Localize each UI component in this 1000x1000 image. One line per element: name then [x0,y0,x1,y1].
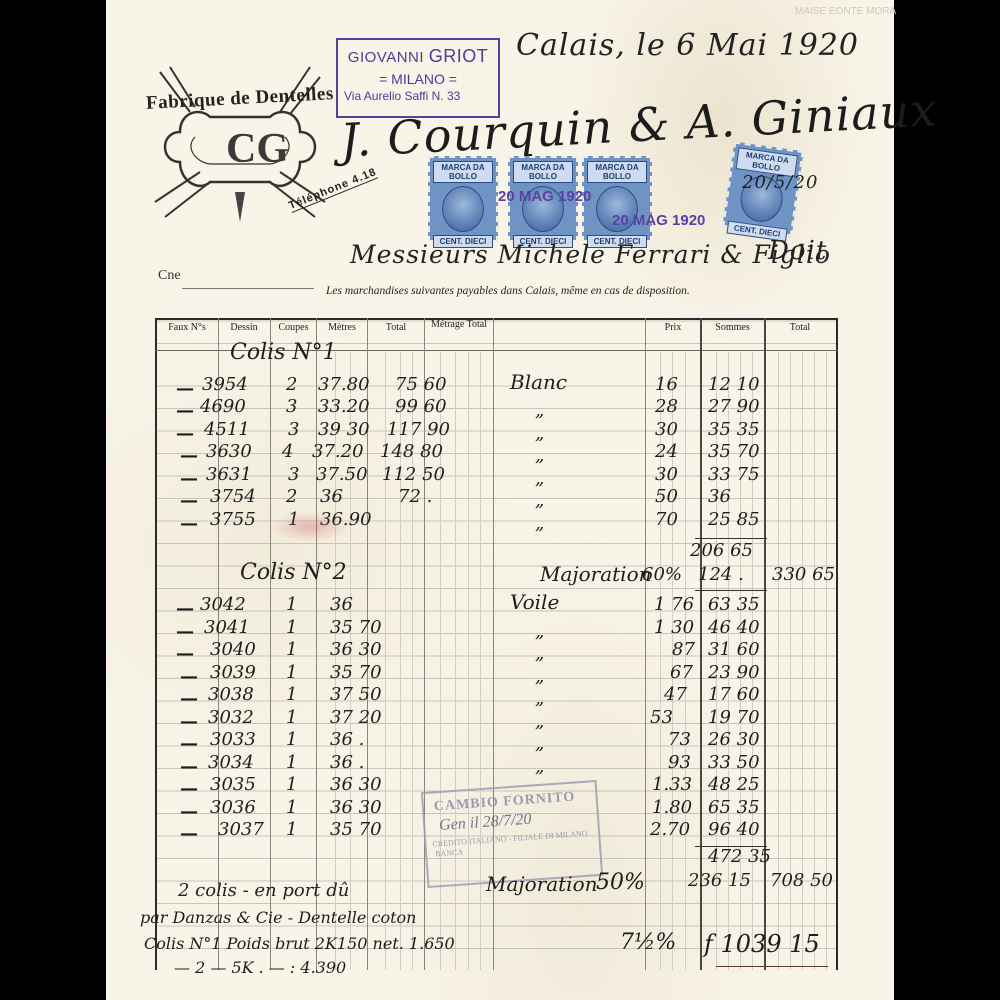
king-portrait-icon [442,186,484,232]
subtotal-line [695,538,767,539]
col-header-metrage-total: Métrage Total [425,319,493,330]
addressee: Messieurs Michele Ferrari & Figlio [350,240,831,269]
colis1-label: Colis N°1 [230,340,337,365]
revenue-stamp-3: MARCA DA BOLLOCENT. DIECI [582,156,652,242]
pencil-note: MAISE EONTE MORA [795,6,896,17]
col-divider [316,318,317,970]
invoice-date: Calais, le 6 Mai 1920 [516,28,859,63]
colis2-subtotal: 472 35 [708,846,771,867]
colis1-subtotal: 206 65 [690,540,753,561]
col-header-metres: Mètres [317,322,367,333]
colis1-majoration-amount: 124 . [698,564,744,585]
colis2-majoration-label: Majoration [486,872,597,896]
colis2-total: 708 50 [770,870,833,891]
colis1-majoration-pct: 60% [642,564,682,585]
col-header-total-right: Total [765,322,835,333]
svg-text:CG: CG [226,126,289,172]
col-header-coupes: Coupes [271,322,316,333]
carrier-note: par Danzas & Cie - Dentelle coton [140,908,416,927]
cancellation-mark-3: 20/5/20 [742,172,818,193]
colis1-majoration-label: Majoration [540,562,651,586]
subtotal-line [695,590,767,591]
colis1-weight: Colis N°1 Poids brut 2K150 net. 1.650 [144,934,455,953]
colis2-majoration-amount: 236 15 [688,870,751,891]
grand-total-underline [716,966,828,967]
payment-terms: Les marchandises suivantes payables dans… [326,285,690,297]
col-divider [270,318,271,970]
col-header-prix: Prix [646,322,700,333]
col-header-dessin: Dessin [219,322,269,333]
colis2-majoration-pct: 50% [596,870,645,895]
col-divider [645,318,646,970]
col-header-sommes: Sommes [701,322,764,333]
colis1-description: Blanc [510,370,567,394]
cancellation-mark-2: 20 MAG 1920 [612,212,705,229]
doit-label: Doit [768,236,827,266]
cancellation-mark-1: 20 MAG 1920 [498,188,591,205]
colis2-weight: — 2 — 5K . — : 4.390 [174,958,346,977]
shipping-note: 2 colis - en port dû [178,880,349,901]
col-header-faux: Faux N°s [157,322,217,333]
red-ink-smudge [270,512,350,542]
colis2-label: Colis N°2 [240,560,347,585]
col-divider [764,318,766,970]
colis2-description: Voile [510,590,559,614]
discount-rate: 7½% [620,930,676,955]
revenue-stamp-1: MARCA DA BOLLOCENT. DIECI [428,156,498,242]
colis1-total: 330 65 [772,564,835,585]
col-header-total: Total [368,322,424,333]
cne-line [182,288,314,289]
grand-total: f 1039 15 [704,930,820,958]
cne-label: Cne [158,268,181,284]
